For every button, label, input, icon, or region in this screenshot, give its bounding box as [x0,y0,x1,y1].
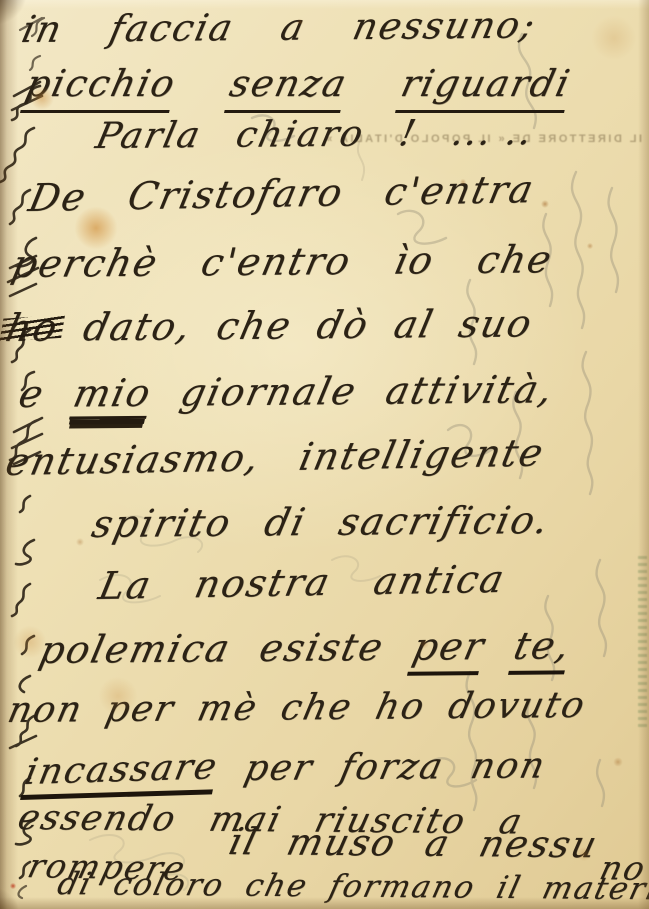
handwritten-line: hodato,chedòalsuo [2,301,537,350]
handwritten-word: incassare [20,746,222,800]
handwritten-word: ... .. [448,112,538,154]
handwritten-word: chiaro [232,114,368,156]
handwritten-word: nostra [191,560,335,607]
handwritten-word: essendo [14,798,181,839]
handwritten-word: c'entra [381,167,539,214]
handwritten-word: dato, [79,304,196,349]
handwritten-word: De [25,175,91,220]
handwritten-word: c'entro [197,239,356,284]
handwritten-word: intelligente [295,430,548,478]
handwritten-word: a [277,5,311,48]
handwritten-word: materia [537,870,649,909]
handwritten-word: per [241,747,318,789]
handwritten-word: esiste [256,625,389,670]
handwritten-word: che [242,868,312,904]
handwritten-word: La [95,563,156,608]
manuscript-page: IL DIRETTORE DE « IL POPOLO D'ITALIA » [0,0,649,909]
handwritten-word: per [407,624,489,676]
handwritten-word: attività, [382,367,559,413]
handwritten-line: emiogiornaleattività, [14,367,559,420]
handwritten-word: ho [372,686,430,728]
handwritten-word: senza [224,62,352,113]
handwritten-line: spiritodisacrificio. [88,498,554,546]
handwritten-word: il [493,870,525,906]
handwritten-word: faccia [106,6,239,50]
handwritten-word: che [213,303,297,348]
handwritten-word: ! [395,113,421,154]
handwritten-word: nessuno; [349,3,541,48]
handwritten-word: dò [313,303,374,348]
handwritten-word: suo [455,301,538,346]
handwritten-line: Parlachiaro!... .. [92,112,538,157]
handwritten-word: ìo [390,238,439,282]
handwritten-line: ilmusoanessu [225,820,603,866]
handwritten-word: coloro [110,867,229,904]
handwritten-word: per [102,688,179,730]
handwritten-word: formano [325,868,479,905]
handwritten-word: che [277,687,357,729]
handwritten-line: DeCristofaroc'entra [25,167,539,220]
handwritten-line: incassareperforzanon [20,745,550,798]
handwritten-word: di [260,500,310,544]
handwritten-word: Parla [92,115,205,157]
handwritten-word: dovuto [445,685,590,727]
handwritten-word: muso [283,821,401,865]
handwritten-word: entusiasmo, [2,435,265,484]
handwritten-line: Lanostraantica [95,557,510,608]
handwritten-word: in [18,8,67,51]
handwritten-word: picchio [20,62,181,113]
handwritten-word: sacrificio. [335,498,554,544]
handwritten-line: nonpermèchehodovuto [4,685,590,731]
handwritten-word: polemica [36,626,236,672]
handwritten-line: picchiosenzariguardi [20,62,575,113]
right-edge-print-bleed [638,552,647,727]
handwritten-line: entusiasmo,intelligente [2,430,549,484]
handwritten-word: spirito [88,501,236,546]
handwritten-word: riguardi [395,62,575,113]
handwritten-word: Cristofaro [124,170,348,218]
handwritten-word: che [473,237,557,282]
handwritten-word: non [467,745,550,787]
handwritten-line: perchèc'entroìoche [8,237,557,286]
handwritten-word: forza [336,746,448,788]
handwritten-word: e [15,372,49,416]
handwritten-word: ho [2,305,63,350]
handwritten-word: non [4,689,87,731]
handwritten-word: perchè [8,241,163,286]
handwritten-word: di [54,866,96,902]
handwritten-word: nessu [475,822,603,866]
handwritten-word: al [390,302,439,346]
handwritten-word: te, [508,623,575,675]
handwritten-line: dicolorocheformanoilmateria [52,866,649,909]
handwritten-line: infacciaanessuno; [18,3,540,51]
handwritten-word: mè [194,688,263,730]
handwritten-word: giornale [176,369,361,415]
handwritten-word: mio [68,371,156,420]
handwritten-line: polemicaesisteperte, [34,623,576,679]
handwritten-word: a [421,822,455,865]
handwritten-word: antica [370,557,510,603]
